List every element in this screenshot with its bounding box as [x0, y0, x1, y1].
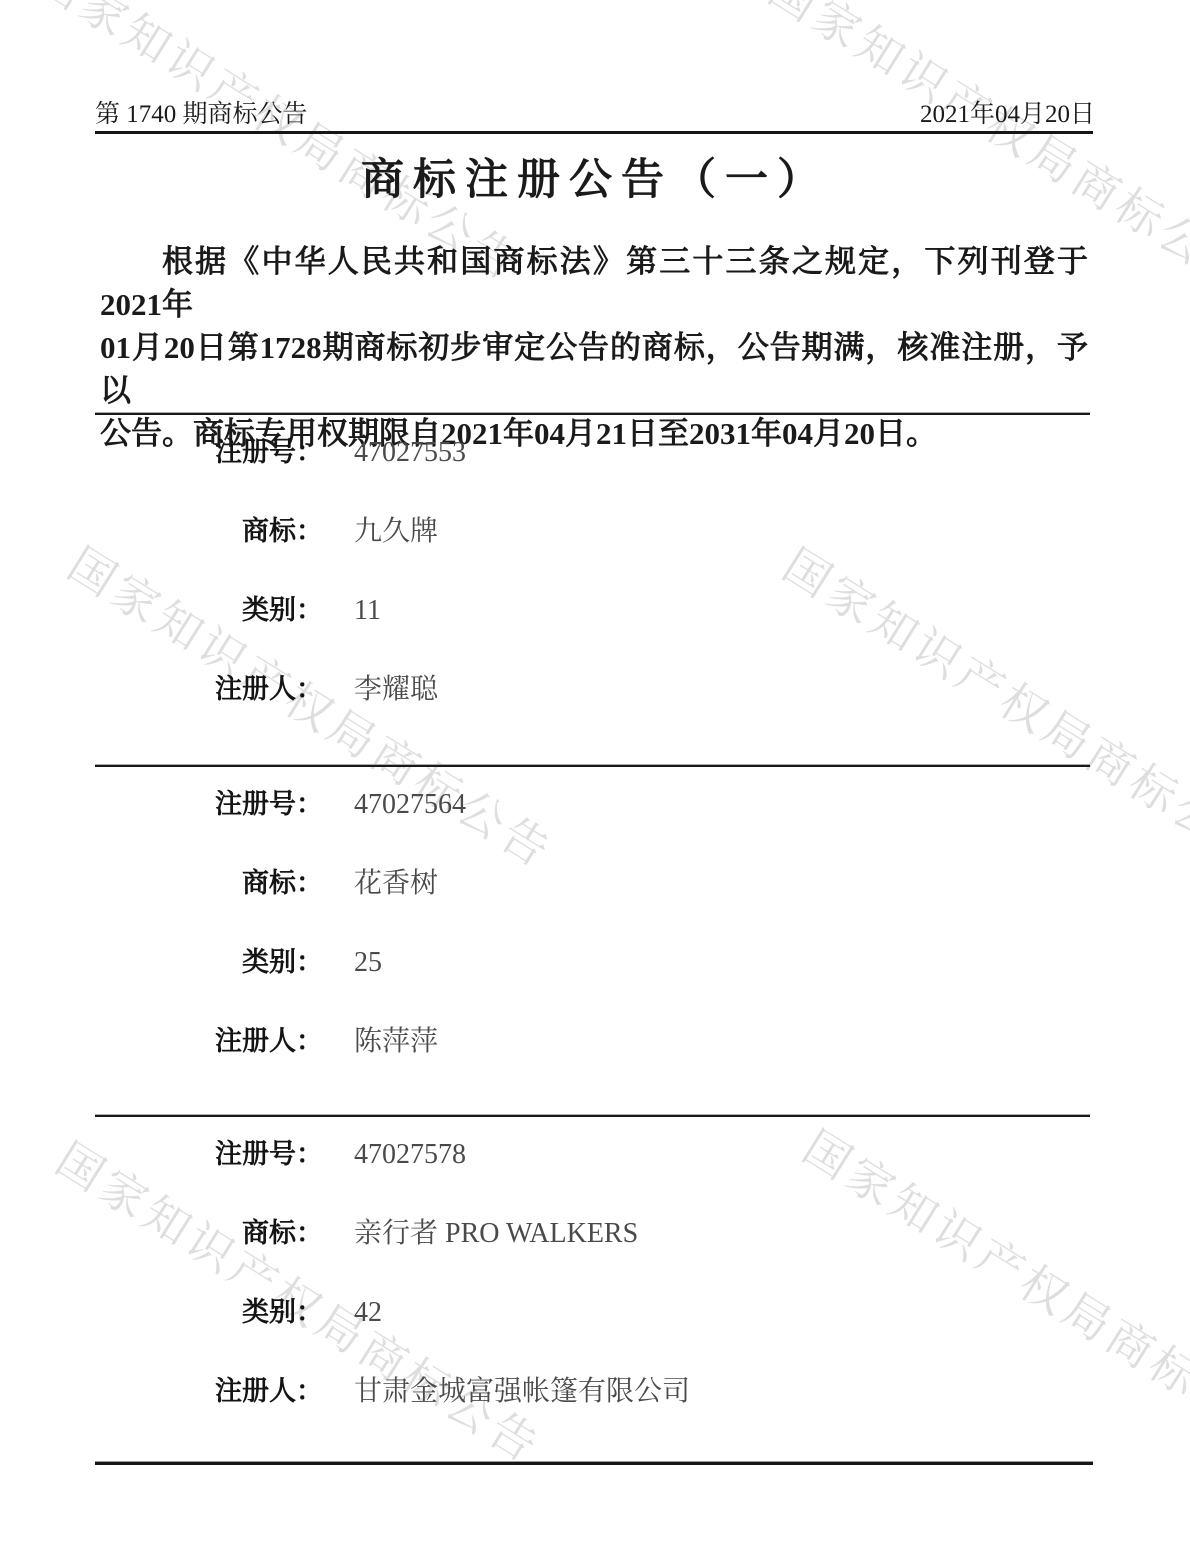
record-separator: [95, 764, 1090, 767]
record-row-trademark: 商标： 花香树: [95, 861, 1095, 901]
field-value: 11: [354, 595, 381, 627]
field-value: 47027578: [354, 1139, 466, 1171]
page-header: 第 1740 期商标公告 2021年04月20日: [95, 94, 1095, 130]
paragraph-line: 根据《中华人民共和国商标法》第三十三条之规定，下列刊登于2021年: [100, 240, 1088, 326]
field-label: 注册号：: [95, 782, 323, 821]
record-row-registrant: 注册人： 甘肃金城富强帐篷有限公司: [95, 1369, 1095, 1409]
field-value: 李耀聪: [354, 667, 438, 707]
footer-rule: [95, 1461, 1093, 1465]
record-row-class: 类别： 11: [95, 588, 1095, 627]
field-label: 注册号：: [95, 430, 323, 469]
field-value: 42: [354, 1297, 382, 1329]
field-value: 25: [354, 947, 382, 979]
page-title: 商标注册公告（一）: [95, 146, 1095, 207]
field-value: 47027553: [354, 437, 466, 469]
record-separator: [95, 1114, 1090, 1117]
record-row-registrant: 注册人： 李耀聪: [95, 667, 1095, 707]
field-label: 注册人：: [95, 1019, 323, 1058]
field-label: 商标：: [95, 509, 323, 548]
announcement-paragraph: 根据《中华人民共和国商标法》第三十三条之规定，下列刊登于2021年 01月20日…: [100, 240, 1088, 455]
field-label: 类别：: [95, 588, 323, 627]
record-row-trademark: 商标： 九久牌: [95, 509, 1095, 549]
field-label: 商标：: [95, 861, 323, 900]
field-label: 注册人：: [95, 1369, 323, 1408]
gazette-issue-label: 第 1740 期商标公告: [95, 94, 308, 130]
record-row-class: 类别： 42: [95, 1290, 1095, 1329]
field-value: 亲行者 PRO WALKERS: [354, 1211, 638, 1251]
header-rule: [95, 131, 1093, 134]
field-value: 花香树: [354, 861, 438, 901]
record-row-regno: 注册号： 47027564: [95, 782, 1095, 821]
field-label: 注册人：: [95, 667, 323, 706]
record-row-registrant: 注册人： 陈萍萍: [95, 1019, 1095, 1059]
field-value: 陈萍萍: [354, 1019, 438, 1059]
record-row-regno: 注册号： 47027578: [95, 1132, 1095, 1171]
paragraph-line: 01月20日第1728期商标初步审定公告的商标，公告期满，核准注册，予以: [100, 326, 1088, 412]
field-label: 商标：: [95, 1211, 323, 1250]
record-row-class: 类别： 25: [95, 940, 1095, 979]
field-value: 甘肃金城富强帐篷有限公司: [354, 1369, 690, 1409]
record-row-regno: 注册号： 47027553: [95, 430, 1095, 469]
field-label: 类别：: [95, 1290, 323, 1329]
gazette-date: 2021年04月20日: [920, 94, 1095, 130]
gazette-page: 国家知识产权局商标公告 国家知识产权局商标公告 国家知识产权局商标公告 国家知识…: [0, 0, 1190, 1564]
field-value: 九久牌: [354, 509, 438, 549]
field-label: 注册号：: [95, 1132, 323, 1171]
field-label: 类别：: [95, 940, 323, 979]
record-separator: [95, 412, 1090, 415]
record-row-trademark: 商标： 亲行者 PRO WALKERS: [95, 1211, 1095, 1251]
field-value: 47027564: [354, 789, 466, 821]
